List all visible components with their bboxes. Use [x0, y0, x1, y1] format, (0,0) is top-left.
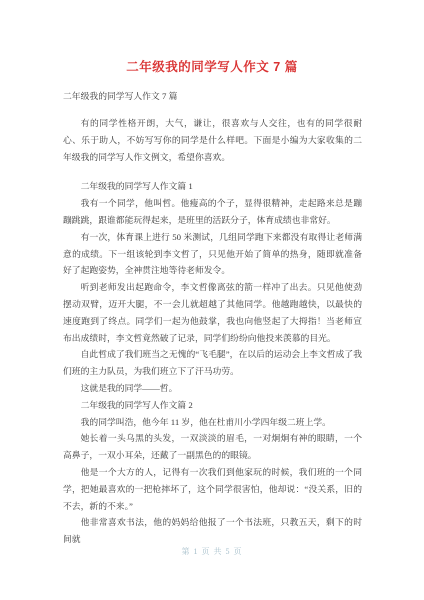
paragraph: 我的同学叫浩，他今年 11 岁，他在杜甫川小学四年级二班上学。 [63, 414, 362, 431]
document-body: 有的同学性格开朗，大气，谦让，很喜欢与人交往，也有的同学很耐心、乐于助人，不妨写… [63, 115, 362, 548]
paragraph: 二年级我的同学写人作文篇 2 [63, 397, 362, 414]
paragraph: 他非常喜欢书法，他的妈妈给他报了一个书法班，只教五天，剩下的时间就 [63, 514, 362, 548]
paragraph: 自此哲成了我们班当之无愧的“飞毛腿”，在以后的运动会上李文哲成了我们班的主力队员… [63, 346, 362, 380]
paragraph: 这就是我的同学——哲。 [63, 380, 362, 397]
paragraph: 二年级我的同学写人作文篇 1 [63, 178, 362, 195]
paragraph: 他是一个大方的人，记得有一次我们到他家玩的时候，我们班的一个同学，把她最喜欢的一… [63, 464, 362, 514]
paragraph: 听到老师发出起跑命令，李文哲像离弦的箭一样冲了出去。只见他使劲摆动双臂，迈开大腿… [63, 279, 362, 346]
paragraph: 她长着一头乌黑的头发，一双淡淡的眉毛，一对炯炯有神的眼睛，一个高鼻子，一双小耳朵… [63, 430, 362, 464]
paragraph: 有一次，体育课上进行 50 米测试，几组同学跑下来都没有取得让老师满意的成绩。下… [63, 229, 362, 279]
page-number-label: 第 1 页 共 5 页 [182, 547, 243, 556]
page-footer: 第 1 页 共 5 页 [0, 546, 424, 557]
paragraph: 我有一个同学，他叫哲。他瘦高的个子，显得很精神，走起路来总是蹦蹦跳跳，跟谁都能玩… [63, 195, 362, 229]
document-subtitle: 二年级我的同学写人作文 7 篇 [63, 89, 361, 102]
paragraph: 有的同学性格开朗，大气，谦让，很喜欢与人交往，也有的同学很耐心、乐于助人，不妨写… [63, 115, 362, 165]
document-title: 二年级我的同学写人作文 7 篇 [0, 0, 424, 75]
document-page: 二年级我的同学写人作文 7 篇 二年级我的同学写人作文 7 篇 有的同学性格开朗… [0, 0, 424, 600]
